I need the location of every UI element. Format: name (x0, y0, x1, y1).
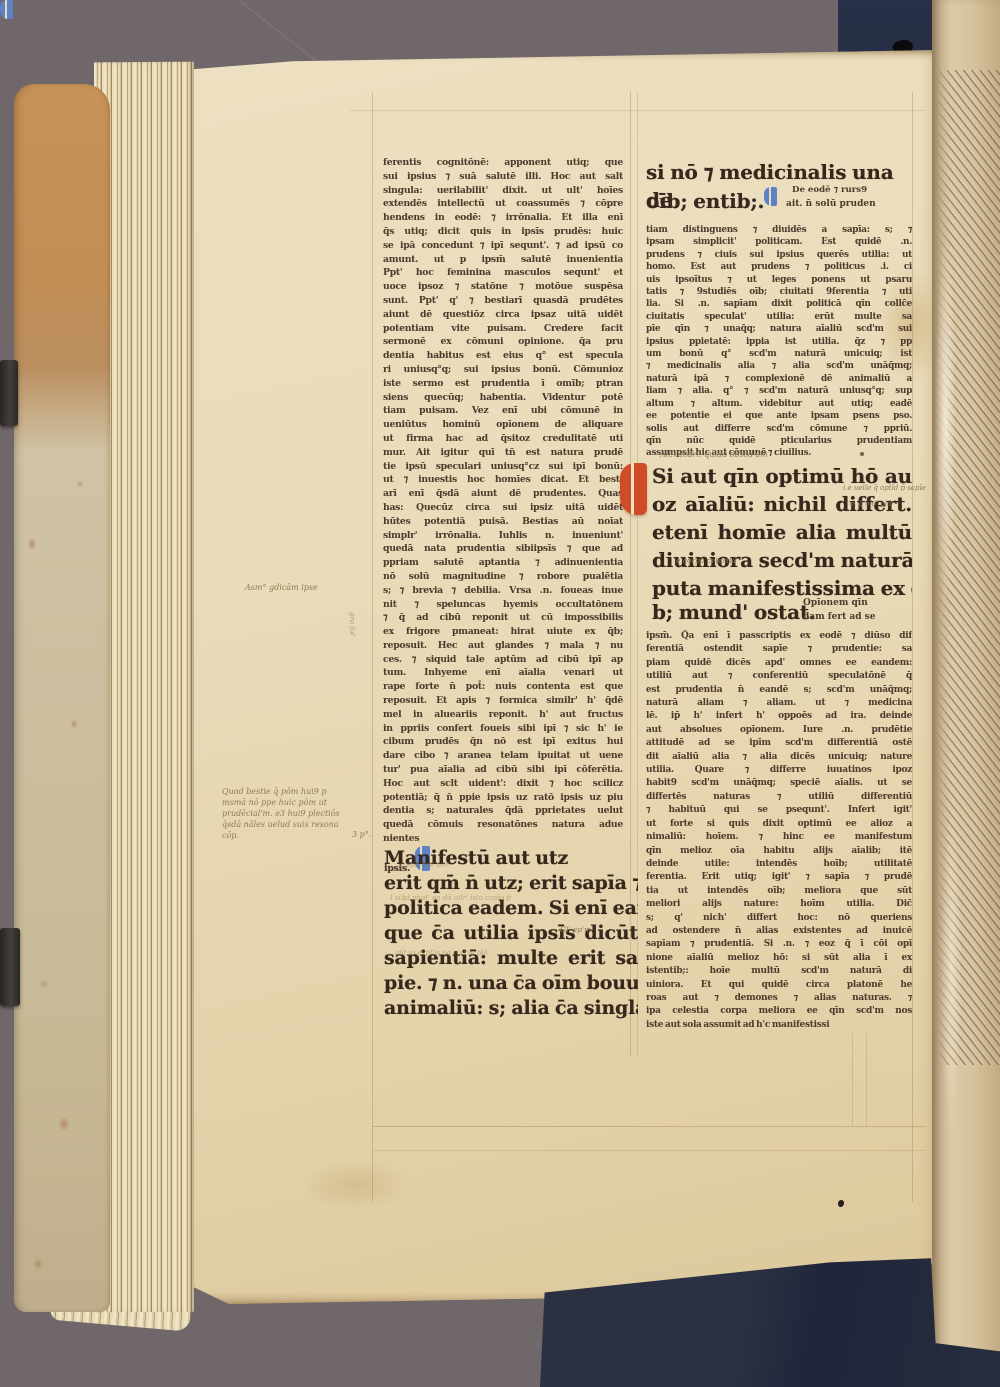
text-line: quedā cōmuis resonatōnes natura adue (383, 818, 623, 832)
text-line: siens quecūq; habentia. Videntur potē (383, 391, 623, 405)
text-line: potentiam vite puisam. Credere facit (383, 322, 623, 336)
ruling-line-vertical (866, 1033, 867, 1126)
cover-mottling (14, 424, 110, 1312)
ruling-line-vertical (852, 1033, 853, 1126)
text-line: ex frigore pmaneat: hirat uiute ex q̄b; (383, 625, 623, 639)
clasp-remnant-upper (0, 360, 18, 426)
text-line: Ppt' hoc feminina masculos sequnt' et (383, 266, 623, 280)
text-line: se ipā concedunt ⁊ ipī sequnt'. ⁊ ad ips… (383, 239, 623, 253)
rubric-text: De eodē ⁊ rurs9 (792, 185, 867, 195)
text-line: tatis ⁊ 9studiēs oīb; ciuitati 9ferentia… (646, 286, 912, 298)
commentary-start: ait. n̄ solū pruden (786, 199, 876, 209)
text-line: erit qm̄ n̄ utz; erit sapīa ⁊ (384, 871, 638, 896)
text-line: aut absolues opīonem. Iure .n. prudētie (646, 724, 912, 737)
text-line: etenī homīe alia multū (652, 518, 912, 546)
right-column-commentary-upper: tiam distinguens ⁊ diuidēs a sapīa: s; ⁊… (646, 224, 912, 459)
text-line: ad ostendere n̄ alias existentes ad inui… (646, 925, 912, 938)
text-line: qīn melioz oīa habitu alijs aīalib; itē (646, 845, 912, 858)
text-line: nimaliū: hoīem. ⁊ hinc ee manifestum (646, 831, 912, 844)
text-line: q̄s utiq; dicit quis in ipsīs prudēs: hu… (383, 225, 623, 239)
text-line: s; q' nich' differt hoc: nō queriens (646, 912, 912, 925)
text-line: ipa celestia corpa meliora ee qīn scd'm … (646, 1005, 912, 1018)
right-column-commentary-lower: ipsm̄. Q̄a enī ī passcriptis ex eodē ⁊ d… (646, 630, 912, 1034)
faint-gloss: aūt io expl'is og e st'm plō (395, 949, 488, 957)
margin-note-vertical: gra fol' (348, 612, 356, 637)
text-line: lē. ip̄ h' infert h' oppoēs ad ira. dein… (646, 710, 912, 723)
facing-page-curl (932, 0, 1000, 1387)
text-line: hendens in eodē: ⁊ irrōnalia. Et illa en… (383, 211, 623, 225)
interlinear-gloss: e corpa celestia (676, 556, 736, 565)
left-column-lemma: ipsis. Manifestū aut utz erit qm̄ n̄ utz… (384, 846, 638, 1021)
text-line: pie. ⁊ n. una c̄a oīm bouum (384, 971, 638, 996)
text-line: naturā ipā ⁊ complexionē dē animaliū a (646, 373, 912, 385)
text-line: differtēs naturas ⁊ utiliū differentiū (646, 791, 912, 804)
text-line: ueniūtus hominū opīonem de aliquare (383, 418, 623, 432)
gloss-abbreviation: Gl' ep'm (560, 925, 591, 934)
manuscript-photograph: ferentis cognitōnē: apponent utiq; quesu… (0, 0, 1000, 1387)
text-line: ut ⁊ inuestis hoc homīes dicat. Et besti (383, 473, 623, 487)
rubric-text: dam fert ad se (803, 612, 875, 622)
page-curl-highlight (932, 170, 966, 730)
text-line: tum. Inhyeme enī aīalia venari ut (383, 666, 623, 680)
text-line: est prudentia n̄ eandē s; scd'm unāq̄mq; (646, 684, 912, 697)
text-line: utiliū aut ⁊ conferentiū speculatōnē q̄ (646, 670, 912, 683)
margin-note-signature: 3 p°. (352, 830, 371, 839)
text-line: iste aut sola assumit ad h'c manifestiss… (646, 1019, 912, 1032)
lemma-words: oīb; entib;. (646, 187, 764, 215)
text-line: nione aīaliū melioz hō: si sūt alia ī ex (646, 952, 912, 965)
text-line: homo. Est aut prudens ⁊ politicus .i. ci (646, 261, 912, 273)
text-line: nientes (383, 832, 623, 846)
red-paraph-icon (620, 463, 647, 515)
text-line: quedā nata prudentia sibiipsīs ⁊ que ad (383, 542, 623, 556)
text-line: habit9 scd'm unāq̄mq; speciē aīalis. ut … (646, 777, 912, 790)
text-line: naturā aliam ⁊ aliam. ut ⁊ medicina (646, 697, 912, 710)
text-line: has: Quecūz circa sui ipsiz uitā uidēt (383, 501, 623, 515)
text-line: q̄sdā nāles uelud suis resona (222, 819, 394, 830)
text-line: prudens ⁊ ciuis sui ipsius querēs utilia… (646, 249, 912, 261)
text-line: ipsm̄. Q̄a enī ī passcriptis ex eodē ⁊ d… (646, 630, 912, 643)
page-curl-highlight (938, 760, 968, 1180)
text-line: lia. Si .n. sapīam dixit politicā qīn co… (646, 298, 912, 310)
text-line: ee potentie ei que ante ipsam psens pso. (646, 410, 912, 422)
text-line: amunt. ut p ipsm̄ salutē inuenientia (383, 253, 623, 267)
text-line: Quod bestie q̄ pōm hui9 p (222, 786, 394, 797)
blue-paraph-icon (764, 187, 777, 206)
text-line: prudēcial'm. e3 hui9 plectiōs (222, 808, 394, 819)
text-line: ut forte si quis dixit optimū ee alioz a (646, 818, 912, 831)
text-line: ri uniusq°q; sui ipsius bonū. Cōmunioz (383, 363, 623, 377)
text-line: iste sermo est prudentia ī omīb; ptran (383, 377, 623, 391)
text-line: roas aut ⁊ demones ⁊ alias naturas. ⁊ (646, 992, 912, 1005)
text-line: sui ipsius ⁊ suā salutē illi. Hoc aut sa… (383, 170, 623, 184)
text-line: nit ⁊ speluncas hyemis occultatōnem (383, 598, 623, 612)
margin-note-left-1: Asm° gdicām ipse (245, 583, 318, 592)
left-column-commentary: ferentis cognitōnē: apponent utiq; quesu… (383, 156, 623, 846)
text-line: liam ⁊ alia. q° ⁊ scd'm naturā uniusq°q;… (646, 385, 912, 397)
lemma-last-words: b; mund' ostat. (652, 600, 816, 624)
text-line: que c̄a utilia ipsīs dicūt (384, 921, 638, 946)
text-line: qīn nūc quidē pticularius prudentiam (646, 435, 912, 447)
text-line: ipsius ppietatē: ippia ist utilia. q̄z ⁊… (646, 336, 912, 348)
ruling-line-horizontal (372, 1126, 925, 1127)
text-line: animaliū: s; alia c̄a singla (384, 996, 638, 1021)
margin-note-right-2: e. q̄ oīd' plō (850, 500, 891, 508)
text-line: ferentis cognitōnē: apponent utiq; que (383, 156, 623, 170)
text-line: ppriam salutē aptantia ⁊ adinuenientia (383, 556, 623, 570)
ruling-line-vertical (912, 92, 913, 1202)
ruling-line-horizontal (372, 1150, 925, 1151)
book-cover-left (14, 84, 110, 1312)
right-column-lemma-mid: Si aut qīn optimū hō auoz aīaliū: nichil… (652, 462, 912, 602)
faint-gloss: e opē opē onr' (400, 861, 451, 869)
text-line: istentib;: hoīe multū scd'm naturā di (646, 965, 912, 978)
text-line: reposuit. Hec aut glandes ⁊ mala ⁊ nu (383, 639, 623, 653)
text-line: hūtes potentiā puisā. Bestias aū noīat (383, 515, 623, 529)
text-line: cibum prudēs q̄n nō est ipī exitus hui (383, 735, 623, 749)
text-line: ut firma hac ad q̄sitoz credulitatē uti (383, 432, 623, 446)
text-line: tie ipsū speculari uniusq°cz sui ipī bon… (383, 460, 623, 474)
text-line: ⁊ habituū qui se psequnt'. Infert igit' (646, 804, 912, 817)
text-line: ciuitatis speculat' utilia: erūt multe s… (646, 311, 912, 323)
text-line: um bonū q° scd'm naturā unicuiq; ist (646, 348, 912, 360)
text-line: tia ut intendēs oīb; meliora que sūt (646, 885, 912, 898)
text-line: dit aīaliū alia ⁊ alia dicēs unicuiq; na… (646, 751, 912, 764)
text-line: pīe qīn ⁊ unaq̄q; natura aīaliū scd'm su… (646, 323, 912, 335)
text-line: uis ipsoītus ⁊ ut leges ponens ut psaru (646, 274, 912, 286)
text-line: rape forte n̄ pot̄: nuis contenta est qu… (383, 680, 623, 694)
text-line: sermonē ex cōmuni opinione. q̄a pru (383, 335, 623, 349)
ruling-line-horizontal (350, 110, 925, 111)
text-line: ⁊ medicinalis alia ⁊ alia scd'm unāq̄mq; (646, 360, 912, 372)
text-line: singula: uerilabilit' dixit. ut ult' hoī… (383, 184, 623, 198)
text-line: msmā nō ppe huic pōm ut (222, 797, 394, 808)
text-line: uoce ipsoz ⁊ statōne ⁊ motōue suspēsa (383, 280, 623, 294)
text-line: altum ⁊ altum. videbitur aut utiq; eadē (646, 398, 912, 410)
text-line: ces. ⁊ siquid tale aptūm ad cibū ipī ap (383, 653, 623, 667)
text-line: mur. Ait igitur quī tn̄ est natura prudē (383, 446, 623, 460)
text-line: sapīam ⁊ prudentiā. Si .n. ⁊ eoz q̄ ī cō… (646, 938, 912, 951)
text-line: meliori alijs nature: hoīm utilia. Dic̄ (646, 898, 912, 911)
text-line: dentia habitus est eius q° est specula (383, 349, 623, 363)
text-line: dare cibo ⁊ aranea telam ipuitat ut uene (383, 749, 623, 763)
ruling-line-vertical (372, 92, 373, 1202)
text-line: attitudē ad se ipīm scd'm differentiā os… (646, 737, 912, 750)
text-line: dentia s; naturales q̄dā pprietates uelu… (383, 804, 623, 818)
text-line: in ppriis confert foueis sibi ipī ⁊ sic … (383, 722, 623, 736)
text-line: sunt. Ppt' q' ⁊ bestiarī quasdā prudētes (383, 294, 623, 308)
text-line: ipsam simplicit' politicam. Est quidē .n… (646, 236, 912, 248)
blue-paraph-icon (0, 0, 13, 19)
text-line: tiam puisam. Vez enī ubi cōmunē in (383, 404, 623, 418)
text-line: Hoc aut sclt uident': dixit ⁊ hoc scilic… (383, 777, 623, 791)
rubric-text: Opīonem qīn (803, 598, 868, 608)
text-line: s; ⁊ brevia ⁊ debilia. Vrsa .n. foueas i… (383, 584, 623, 598)
text-line: arī enī q̄sdā aiunt dē prudentes. Quas (383, 487, 623, 501)
text-line: ferentiā ostendit sapīe ⁊ prudentie: sa (646, 643, 912, 656)
margin-note-right-1: i.e uelle q̄ optīd p̄ sapīe (843, 484, 926, 492)
faint-gloss: I siq̄d pbat' eo dō uilr' isto capīo p̄ (390, 894, 511, 902)
text-line: deinde utile: intendēs hoīb; utilitatē (646, 858, 912, 871)
text-line: ferentia. Erit utiq; igit' ⁊ sapīa ⁊ pru… (646, 871, 912, 884)
clasp-remnant-lower (0, 928, 20, 1006)
text-line: tur' pua aīalia ad cibū sibi ipī cōferēt… (383, 763, 623, 777)
right-column-lemma-row2: oīb; entib;. De eodē ⁊ rurs9 ait. n̄ sol… (646, 187, 916, 217)
text-line: piam quidē dicēs apd' omnes ee eandem: (646, 657, 912, 670)
text-line: mel in alueariis reponit. h' aut fructus (383, 708, 623, 722)
text-line: nō solū magnitudine ⁊ robore pualētia (383, 570, 623, 584)
text-line: tiam distinguens ⁊ diuidēs a sapīa: s; ⁊ (646, 224, 912, 236)
text-line: utilia. Quare ⁊ differre iuuatinos ipoz (646, 764, 912, 777)
text-line: reposuit. Et apis ⁊ formica similr' h' q… (383, 694, 623, 708)
text-line: puta manifestissima ex q̄ (652, 574, 912, 602)
text-line: solis aut differre scd'm cōmune ⁊ ppriū. (646, 423, 912, 435)
cursive-annotation: Alexandri: quidā obscd'ām (660, 450, 768, 459)
text-line: extendēs intellectū ut coassumēs ⁊ cōpre (383, 197, 623, 211)
text-line: aiunt dē questiōz circa ipsaz uitā uidēt (383, 308, 623, 322)
parchment-stain (300, 1160, 410, 1210)
text-line: simplr' irrōnalia. Iuhlis n. inueniunt' (383, 529, 623, 543)
text-line: potentiā; q̄ n̄ ppie ipsis uz ratō ipsis… (383, 791, 623, 805)
text-line: ⁊ q̄ ad cibū reponit ut cū impossibilis (383, 611, 623, 625)
text-line: uiniora. Et qui quidē circa platonē he (646, 979, 912, 992)
